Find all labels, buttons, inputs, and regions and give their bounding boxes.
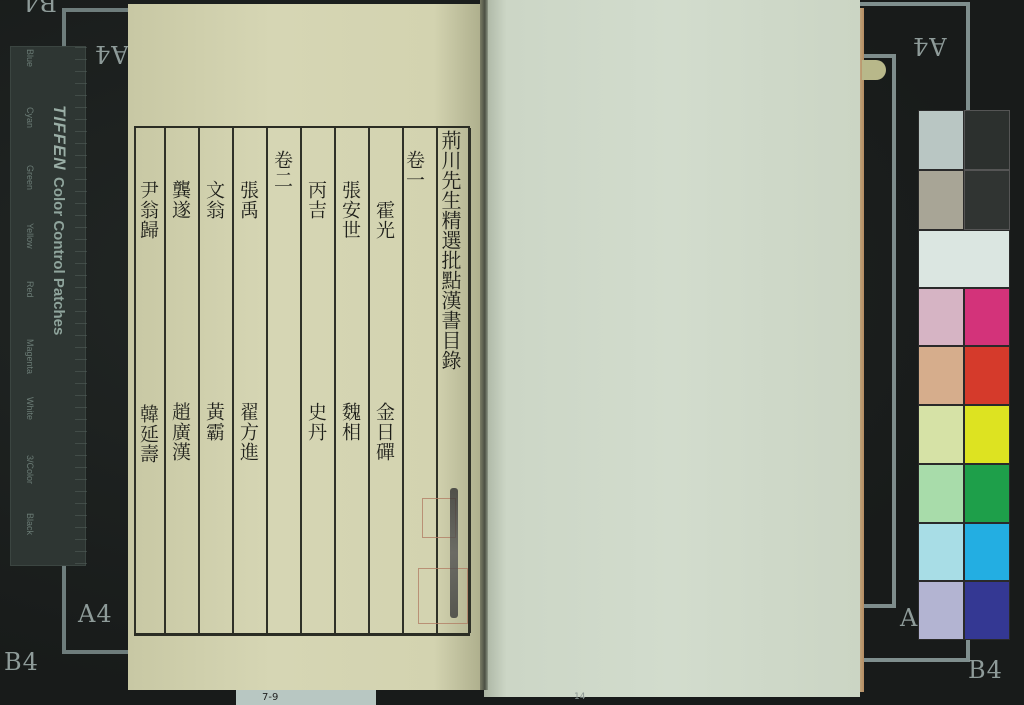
column-rule — [368, 128, 370, 633]
column-rule — [198, 128, 200, 633]
column-rule — [468, 128, 471, 633]
bottom-slip — [236, 690, 376, 705]
red-seal-lower — [418, 568, 468, 624]
patch-dark-gray — [964, 170, 1010, 230]
ink-mark — [450, 488, 458, 618]
patch-mid-gray — [918, 170, 964, 230]
toc-entry-top: 霍光 — [374, 200, 393, 240]
patch-blue — [964, 581, 1010, 640]
column-rule — [232, 128, 234, 633]
column-rule — [134, 128, 136, 633]
patch-light-gray — [918, 110, 964, 170]
patch-yellow — [964, 405, 1010, 464]
toc-entry-bottom: 金日磾 — [374, 402, 393, 462]
patch-white — [918, 230, 1010, 288]
toc-entry-bottom: 翟方進 — [238, 402, 257, 462]
tiffen-logo: TIFFEN — [49, 105, 69, 171]
patch-light-cyan — [918, 523, 964, 581]
ruler-ticks — [75, 47, 87, 567]
tiffen-color-labels: Blue Cyan Green Yellow Red Magenta White… — [25, 49, 35, 571]
frame-label-b4-bottom-right: B4 — [968, 656, 1003, 684]
toc-entry-bottom: 黃霸 — [204, 402, 223, 442]
toc-entry-bottom: 韓延壽 — [138, 404, 157, 464]
tiffen-label: Magenta — [25, 339, 35, 397]
column-rule — [164, 128, 166, 633]
toc-entry-bottom: 魏相 — [340, 402, 359, 442]
patch-light-blue — [918, 581, 964, 640]
frame-label-a4-top-left: A4 — [94, 40, 129, 68]
tiffen-label: Cyan — [25, 107, 35, 165]
tiffen-title: Color Control Patches — [50, 177, 67, 335]
spine — [480, 0, 488, 690]
toc-entry-top: 張安世 — [340, 180, 359, 240]
volume-heading: 卷二 — [272, 150, 291, 190]
patch-light-magenta — [918, 288, 964, 346]
toc-entry-bottom: 趙廣漢 — [170, 402, 189, 462]
book-title: 荊川先生精選批點漢書目錄 — [440, 130, 460, 370]
patch-red — [964, 346, 1010, 405]
slip-label: 7-9 — [262, 692, 278, 703]
tiffen-label: 3/Color — [25, 455, 35, 513]
patch-light-green — [918, 464, 964, 523]
frame-label-b4-top-left: B4 — [22, 0, 57, 16]
tiffen-label: Yellow — [25, 223, 35, 281]
page-tab — [862, 60, 886, 80]
tiffen-label: White — [25, 397, 35, 455]
page-number: 14 — [574, 692, 585, 702]
patch-cyan — [964, 523, 1010, 581]
toc-entry-top: 張禹 — [238, 180, 257, 220]
toc-entry-top: 丙吉 — [306, 180, 325, 220]
patch-dark-gray-top — [964, 110, 1010, 170]
patch-light-yellow — [918, 405, 964, 464]
color-patch-chart — [918, 110, 1010, 640]
tiffen-label: Green — [25, 165, 35, 223]
patch-magenta — [964, 288, 1010, 346]
column-rule — [300, 128, 302, 633]
patch-green — [964, 464, 1010, 523]
right-page-blank — [484, 0, 860, 697]
patch-light-red — [918, 346, 964, 405]
toc-entry-top: 龔遂 — [170, 180, 189, 220]
toc-entry-top: 文翁 — [204, 180, 223, 220]
column-rule — [402, 128, 404, 633]
toc-entry-bottom: 史丹 — [306, 402, 325, 442]
frame-label-a4-top-right: A4 — [912, 32, 947, 60]
tiffen-label: Red — [25, 281, 35, 339]
frame-label-a4-bottom-left: A4 — [78, 600, 113, 628]
toc-entry-top: 尹翁歸 — [138, 180, 157, 240]
tiffen-color-control-strip: TIFFEN Color Control Patches Blue Cyan G… — [10, 46, 86, 566]
tiffen-label: Black — [25, 513, 35, 571]
volume-heading: 卷一 — [404, 150, 423, 190]
tiffen-label: Blue — [25, 49, 35, 107]
frame-label-b4-bottom-left: B4 — [4, 648, 39, 676]
column-rule — [334, 128, 336, 633]
column-rule — [266, 128, 268, 633]
